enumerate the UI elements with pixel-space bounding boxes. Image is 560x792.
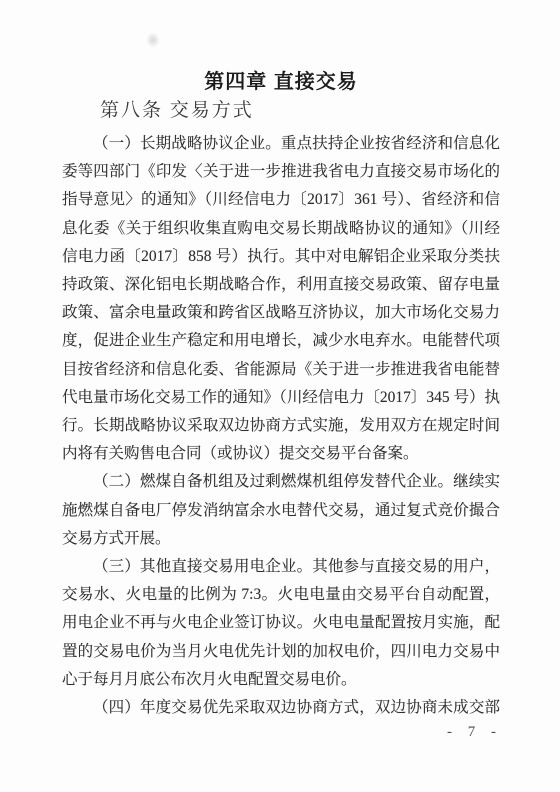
document-page: 第四章 直接交易 第八条 交易方式 （一）长期战略协议企业。重点扶持企业按省经济… [0,0,560,792]
text-line: 行。长期战略协议采取双边协商方式实施，发用双方在规定时间 [62,412,500,440]
page-number: - 7 - [447,724,502,741]
text-line: 政策、富余电量政策和跨省区战略互济协议，加大市场化交易力 [62,299,500,327]
text-line: 交易方式开展。 [62,525,500,553]
chapter-heading: 第四章 直接交易 [62,70,500,94]
scan-artifact [146,32,160,48]
text-line: （一）长期战略协议企业。重点扶持企业按省经济和信息化 [62,130,500,158]
text-line: 用电企业不再与火电企业签订协议。火电电量配置按月实施，配 [62,609,500,637]
text-line: 交易水、火电量的比例为 7:3。火电电量由交易平台自动配置， [62,581,500,609]
paragraph: （一）长期战略协议企业。重点扶持企业按省经济和信息化委等四部门《印发〈关于进一步… [62,130,500,468]
text-line: （三）其他直接交易用电企业。其他参与直接交易的用户， [62,553,500,581]
document-content: 第四章 直接交易 第八条 交易方式 （一）长期战略协议企业。重点扶持企业按省经济… [62,70,500,722]
text-line: 持政策、深化铝电长期战略合作，利用直接交易政策、留存电量 [62,271,500,299]
text-line: 心于每月月底公布次月火电配置交易电价。 [62,666,500,694]
text-line: 置的交易电价为当月火电优先计划的加权电价，四川电力交易中 [62,638,500,666]
article-heading: 第八条 交易方式 [62,100,500,122]
paragraph: （三）其他直接交易用电企业。其他参与直接交易的用户，交易水、火电量的比例为 7:… [62,553,500,694]
text-line: 指导意见〉的通知》（川经信电力〔2017〕361 号）、省经济和信 [62,186,500,214]
text-line: 委等四部门《印发〈关于进一步推进我省电力直接交易市场化的 [62,158,500,186]
paragraph: （四）年度交易优先采取双边协商方式，双边协商未成交部 [62,694,500,722]
text-line: （二）燃煤自备机组及过剩燃煤机组停发替代企业。继续实 [62,468,500,496]
paragraph: （二）燃煤自备机组及过剩燃煤机组停发替代企业。继续实施燃煤自备电厂停发消纳富余水… [62,468,500,553]
text-line: 代电量市场化交易工作的通知》（川经信电力〔2017〕345 号）执 [62,384,500,412]
text-line: 内将有关购售电合同（或协议）提交交易平台备案。 [62,440,500,468]
text-line: 度，促进企业生产稳定和用电增长，减少水电弃水。电能替代项 [62,327,500,355]
text-line: 目按省经济和信息化委、省能源局《关于进一步推进我省电能替 [62,356,500,384]
document-body: （一）长期战略协议企业。重点扶持企业按省经济和信息化委等四部门《印发〈关于进一步… [62,130,500,722]
text-line: （四）年度交易优先采取双边协商方式，双边协商未成交部 [62,694,500,722]
text-line: 息化委《关于组织收集直购电交易长期战略协议的通知》（川经 [62,215,500,243]
text-line: 信电力函〔2017〕858 号）执行。其中对电解铝企业采取分类扶 [62,243,500,271]
text-line: 施燃煤自备电厂停发消纳富余水电替代交易，通过复式竞价撮合 [62,497,500,525]
